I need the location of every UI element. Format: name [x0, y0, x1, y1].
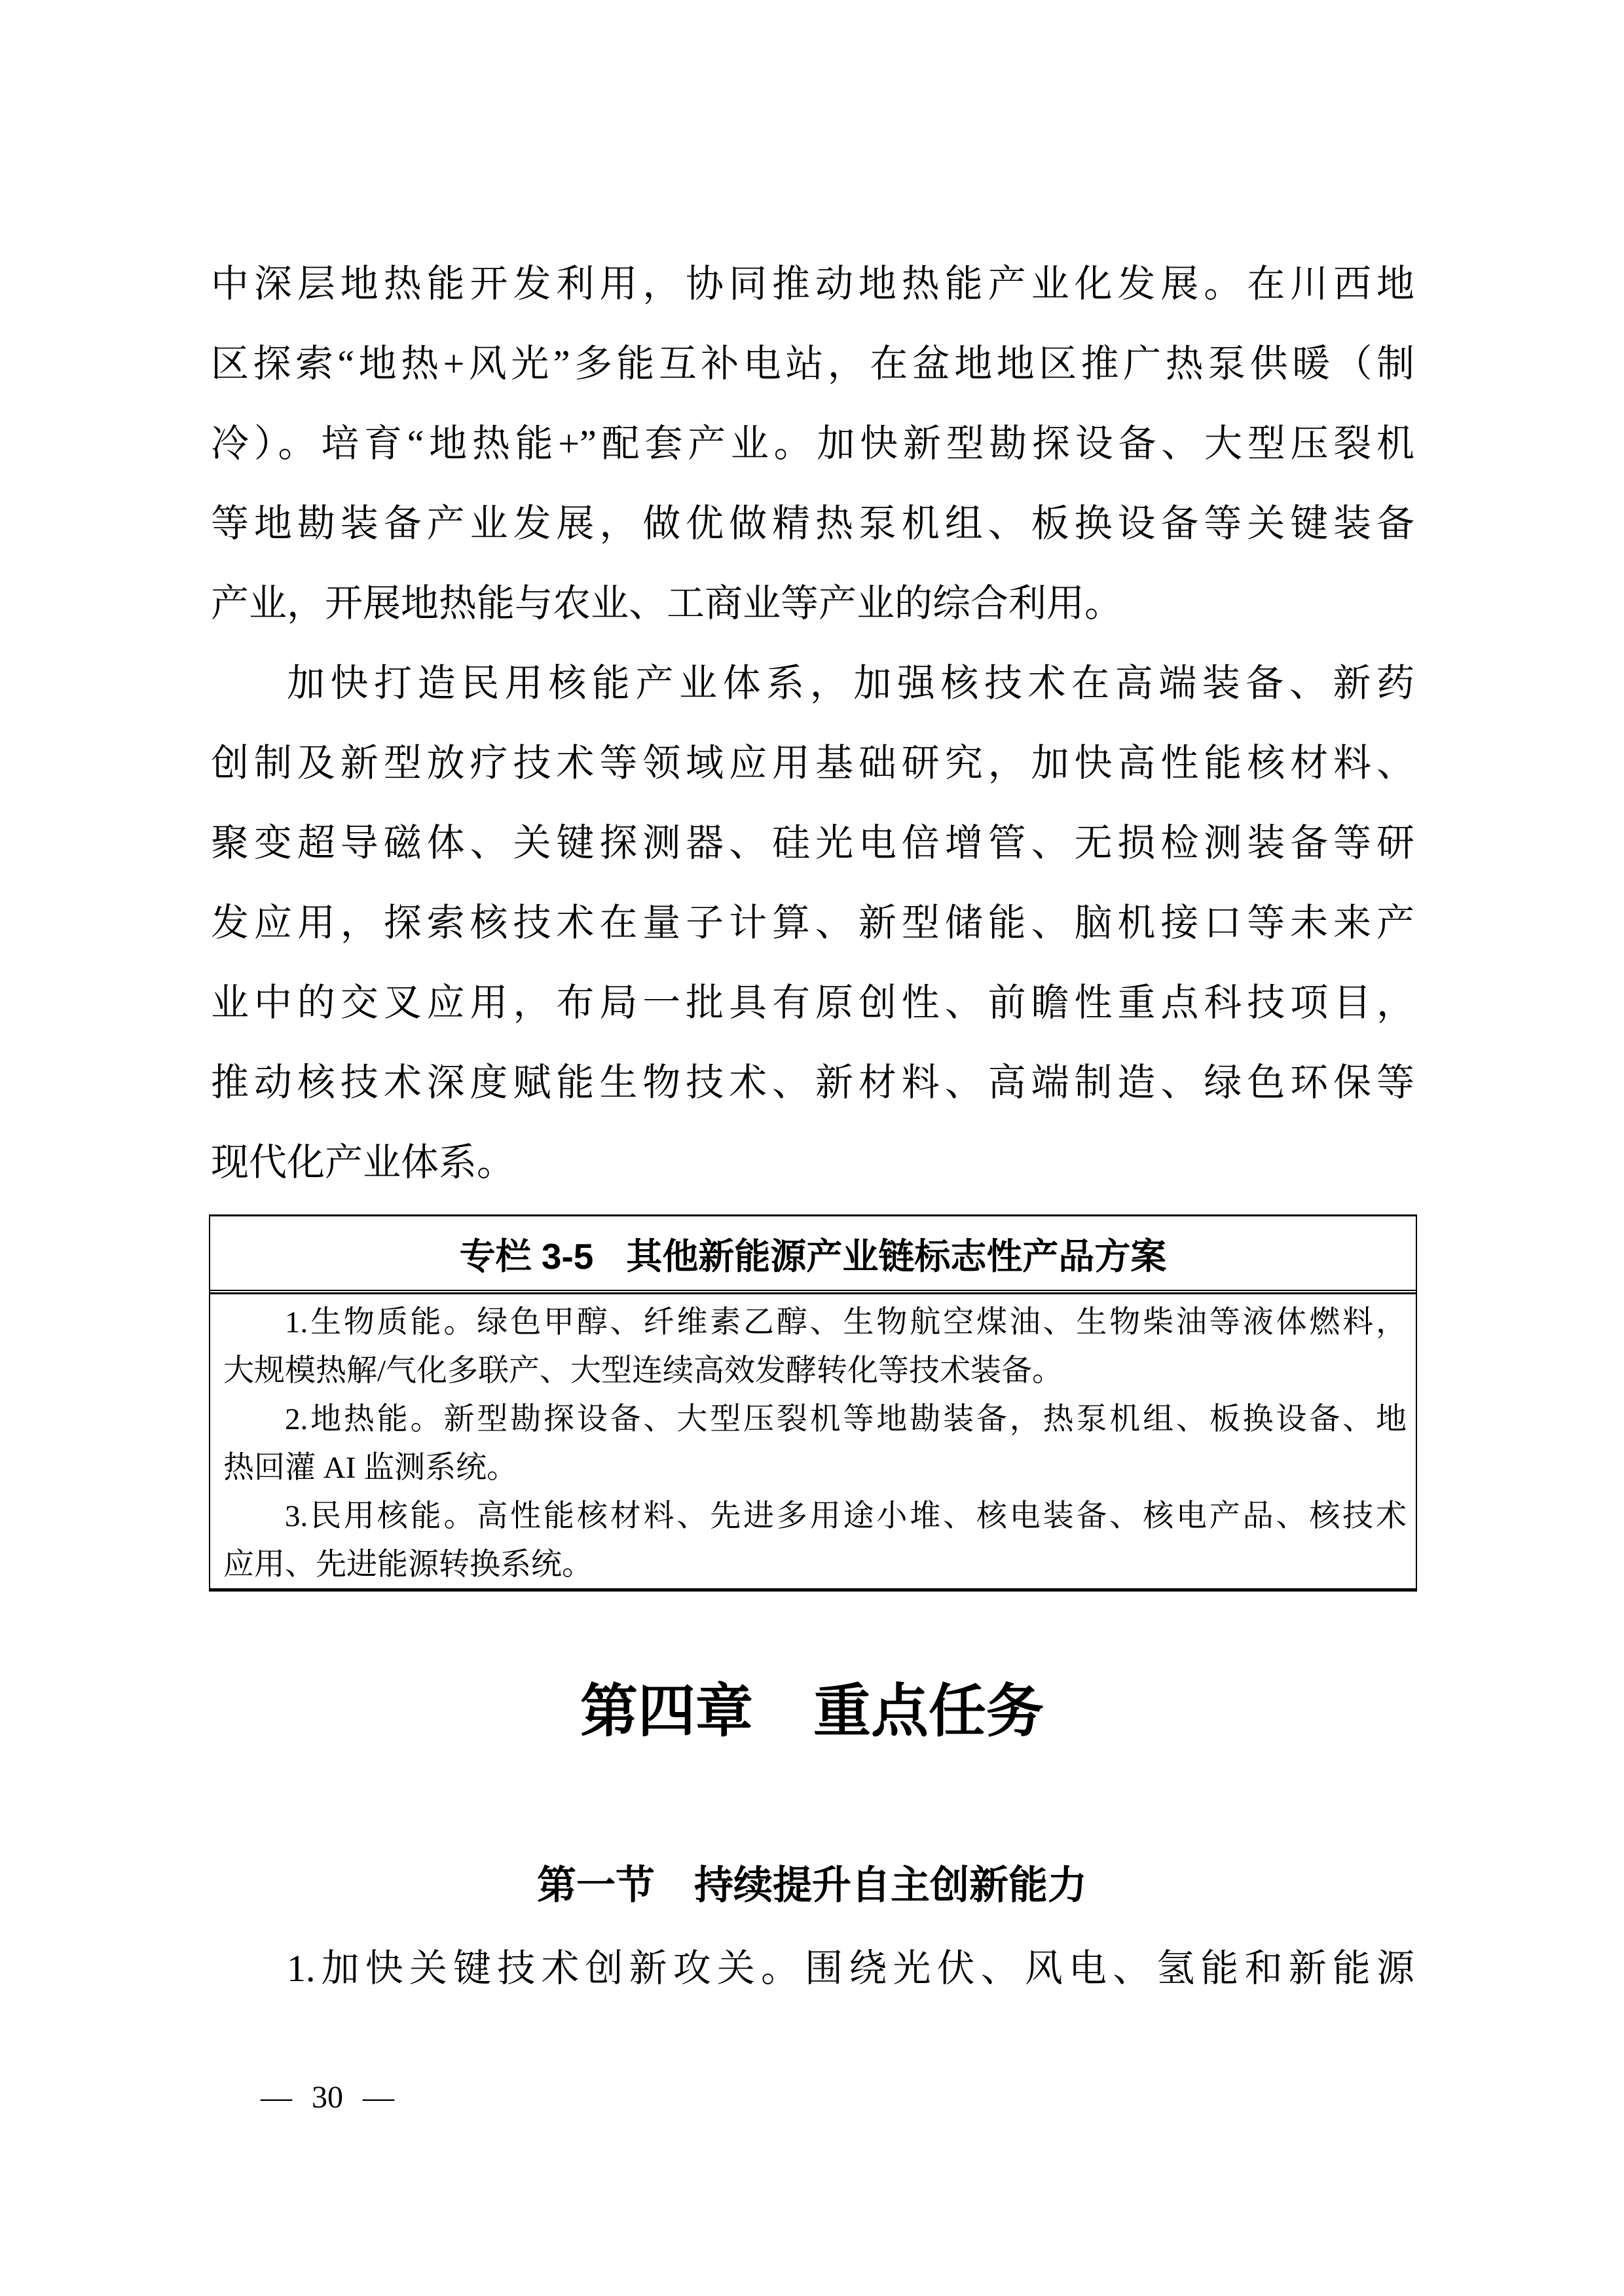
section-number: 第一节	[537, 1858, 655, 1913]
text-line: 中深层地热能开发利用，协同推动地热能产业化发展。在川西地	[211, 244, 1414, 324]
body-text-column-2: 1.加快关键技术创新攻关。围绕光伏、风电、氢能和新能源	[211, 1929, 1414, 2009]
document-page: 中深层地热能开发利用，协同推动地热能产业化发展。在川西地 区探索“地热+风光”多…	[0, 0, 1624, 2296]
text-line: 冷）。培育“地热能+”配套产业。加快新型勘探设备、大型压裂机	[211, 404, 1414, 484]
text-line: 等地勘装备产业发展，做优做精热泵机组、板换设备等关键装备	[211, 484, 1414, 564]
text-line: 聚变超导磁体、关键探测器、硅光电倍增管、无损检测装备等研	[211, 803, 1414, 883]
chapter-title: 重点任务	[813, 1675, 1044, 1750]
section-heading: 第一节 持续提升自主创新能力	[0, 1858, 1624, 1913]
panel-text-line: 1.生物质能。绿色甲醇、纤维素乙醇、生物航空煤油、生物柴油等液体燃料，	[223, 1298, 1407, 1347]
panel-text-line: 热回灌 AI 监测系统。	[223, 1444, 1407, 1492]
panel-text-line: 应用、先进能源转换系统。	[223, 1540, 1407, 1589]
chapter-number: 第四章	[580, 1675, 753, 1750]
text-line: 1.加快关键技术创新攻关。围绕光伏、风电、氢能和新能源	[211, 1929, 1414, 2009]
text-line: 现代化产业体系。	[211, 1123, 1414, 1203]
panel-title: 其他新能源产业链标志性产品方案	[626, 1228, 1166, 1279]
chapter-heading: 第四章 重点任务	[0, 1675, 1624, 1750]
panel-title-row: 专栏 3-5 其他新能源产业链标志性产品方案	[210, 1216, 1416, 1290]
panel-text-line: 2.地热能。新型勘探设备、大型压裂机等地勘装备，热泵机组、板换设备、地	[223, 1395, 1407, 1444]
text-line: 业中的交叉应用，布局一批具有原创性、前瞻性重点科技项目，	[211, 963, 1414, 1043]
panel-content: 1.生物质能。绿色甲醇、纤维素乙醇、生物航空煤油、生物柴油等液体燃料， 大规模热…	[210, 1294, 1416, 1589]
panel-column-3-5: 专栏 3-5 其他新能源产业链标志性产品方案 1.生物质能。绿色甲醇、纤维素乙醇…	[209, 1214, 1417, 1592]
section-title: 持续提升自主创新能力	[694, 1858, 1087, 1913]
text-line: 加快打造民用核能产业体系，加强核技术在高端装备、新药	[211, 644, 1414, 723]
panel-text-line: 大规模热解/气化多联产、大型连续高效发酵转化等技术装备。	[223, 1347, 1407, 1395]
text-line: 发应用，探索核技术在量子计算、新型储能、脑机接口等未来产	[211, 883, 1414, 963]
page-number: — 30 —	[261, 2079, 394, 2116]
body-text-column: 中深层地热能开发利用，协同推动地热能产业化发展。在川西地 区探索“地热+风光”多…	[211, 244, 1414, 1203]
panel-text-line: 3.民用核能。高性能核材料、先进多用途小堆、核电装备、核电产品、核技术	[223, 1492, 1407, 1540]
text-line: 推动核技术深度赋能生物技术、新材料、高端制造、绿色环保等	[211, 1043, 1414, 1123]
text-line: 创制及新型放疗技术等领域应用基础研究，加快高性能核材料、	[211, 723, 1414, 803]
text-line: 区探索“地热+风光”多能互补电站，在盆地地区推广热泵供暖（制	[211, 324, 1414, 404]
text-line: 产业，开展地热能与农业、工商业等产业的综合利用。	[211, 564, 1414, 644]
panel-label: 专栏 3-5	[460, 1228, 594, 1279]
panel-separator	[210, 1290, 1416, 1294]
